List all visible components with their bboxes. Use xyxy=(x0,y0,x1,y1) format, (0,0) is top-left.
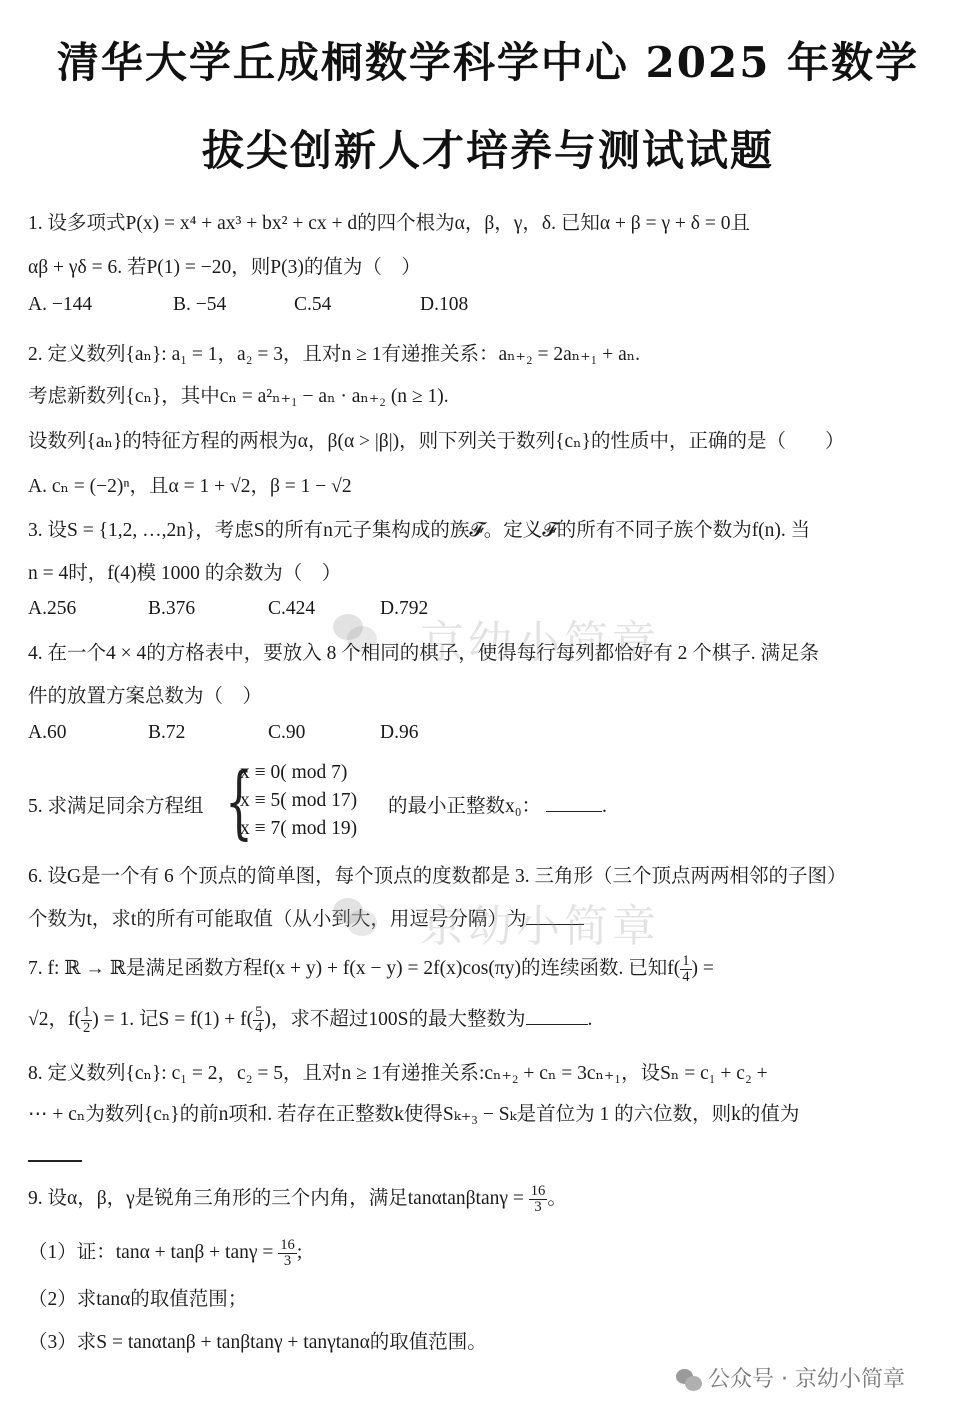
q1-option-d: D.108 xyxy=(420,294,468,316)
q5-suffix: 的最小正整数x₀： . xyxy=(388,790,607,818)
q2-line3: 设数列{aₙ}的特征方程的两根为α，β(α > |β|)，则下列关于数列{cₙ}… xyxy=(28,425,844,453)
fraction: 14 xyxy=(680,954,691,986)
wechat-icon xyxy=(676,1369,702,1391)
q4-option-b: B.72 xyxy=(148,722,185,744)
fraction: 54 xyxy=(253,1005,264,1037)
q1-option-a: A. −144 xyxy=(28,294,92,316)
q8-line1: 8. 定义数列{cₙ}: c₁ = 2，c₂ = 5，且对n ≥ 1有递推关系:… xyxy=(28,1057,768,1085)
q9-stem: 9. 设α，β，γ是锐角三角形的三个内角，满足tanαtanβtanγ = 16… xyxy=(28,1182,567,1215)
q2-option-a: A. cₙ = (−2)ⁿ，且α = 1 + √2，β = 1 − √2 xyxy=(28,470,352,498)
fraction: 163 xyxy=(529,1184,548,1216)
page-title-line2: 拔尖创新人才培养与测试试题 xyxy=(0,118,976,178)
answer-blank[interactable] xyxy=(546,793,602,812)
q4-option-c: C.90 xyxy=(268,722,305,744)
q1-line2: αβ + γδ = 6. 若P(1) = −20，则P(3)的值为（ ） xyxy=(28,251,421,279)
q2-line1: 2. 定义数列{aₙ}: a₁ = 1，a₂ = 3，且对n ≥ 1有递推关系：… xyxy=(28,338,640,366)
q9-part1: （1）证：tanα + tanβ + tanγ = 163; xyxy=(28,1236,302,1269)
q6-line1: 6. 设G是一个有 6 个顶点的简单图，每个顶点的度数都是 3. 三角形（三个顶… xyxy=(28,860,846,888)
q4-option-a: A.60 xyxy=(28,722,66,744)
q3-option-a: A.256 xyxy=(28,598,76,620)
q5-eq2: x ≡ 5( mod 17) xyxy=(240,790,357,812)
q2-line2: 考虑新数列{cₙ}，其中cₙ = a²ₙ₊₁ − aₙ · aₙ₊₂ (n ≥ … xyxy=(28,380,449,408)
answer-blank[interactable] xyxy=(28,1160,82,1162)
q5-eq1: x ≡ 0( mod 7) xyxy=(240,762,347,784)
q3-line2: n = 4时，f(4)模 1000 的余数为（ ） xyxy=(28,557,341,585)
q4-line2: 件的放置方案总数为（ ） xyxy=(28,680,262,708)
footer-text: 公众号 · 京幼小简章 xyxy=(708,1367,905,1392)
q5-prefix: 5. 求满足同余方程组 xyxy=(28,790,204,818)
fraction: 12 xyxy=(81,1005,92,1037)
watermark-wechat-icon xyxy=(333,898,379,938)
fraction: 163 xyxy=(278,1238,297,1270)
q8-line2: ⋯ + cₙ为数列{cₙ}的前n项和. 若存在正整数k使得Sₖ₊₃ − Sₖ是首… xyxy=(28,1098,799,1126)
footer-account: 公众号 · 京幼小简章 xyxy=(676,1362,905,1393)
q3-option-b: B.376 xyxy=(148,598,195,620)
watermark-text: 京幼小简章 xyxy=(420,890,660,954)
q3-line1: 3. 设S = {1,2, …,2n}，考虑S的所有n元子集构成的族𝓕。定义𝓕的… xyxy=(28,514,810,542)
q3-option-c: C.424 xyxy=(268,598,315,620)
q4-line1: 4. 在一个4 × 4的方格表中，要放入 8 个相同的棋子，使得每行每列都恰好有… xyxy=(28,637,819,665)
answer-blank[interactable] xyxy=(526,1006,588,1025)
q1-option-b: B. −54 xyxy=(173,294,226,316)
page-title-line1: 清华大学丘成桐数学科学中心 2025 年数学 xyxy=(0,30,976,90)
q4-option-d: D.96 xyxy=(380,722,418,744)
q9-part2: （2）求tanα的取值范围； xyxy=(28,1283,247,1311)
q7-line2: √2，f(12) = 1. 记S = f(1) + f(54)，求不超过100S… xyxy=(28,1003,592,1036)
q9-part3: （3）求S = tanαtanβ + tanβtanγ + tanγtanα的取… xyxy=(28,1326,487,1354)
q1-line1: 1. 设多项式P(x) = x⁴ + ax³ + bx² + cx + d的四个… xyxy=(28,207,750,235)
q1-option-c: C.54 xyxy=(294,294,331,316)
q5-eq3: x ≡ 7( mod 19) xyxy=(240,818,357,840)
q7-line1: 7. f: ℝ → ℝ是满足函数方程f(x + y) + f(x − y) = … xyxy=(28,952,714,985)
